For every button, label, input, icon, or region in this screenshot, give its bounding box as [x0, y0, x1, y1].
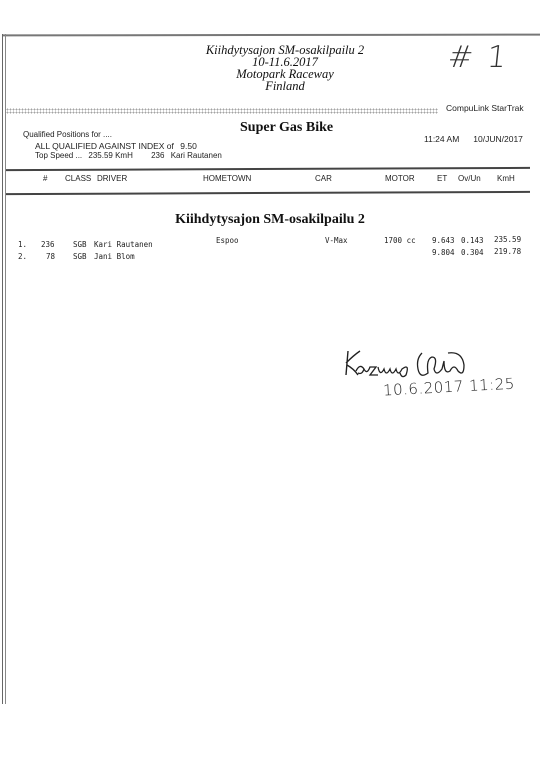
col-header-kmh: KmH	[497, 174, 515, 183]
software-brand: CompuLink StarTrak	[446, 103, 524, 113]
index-line: ALL QUALIFIED AGAINST INDEX of 9.50	[23, 141, 222, 152]
index-value: 9.50	[180, 141, 197, 151]
col-header-number: #	[43, 174, 47, 183]
event-country: Finland	[150, 80, 420, 92]
result-et: 9.804	[432, 248, 455, 257]
col-header-car: CAR	[315, 174, 332, 183]
report-time: 11:24 AM	[424, 134, 459, 144]
top-speed-number: 236	[151, 151, 164, 160]
header-rule-top	[6, 167, 530, 171]
result-kmh: 219.78	[494, 247, 521, 256]
index-label: ALL QUALIFIED AGAINST INDEX of	[35, 141, 174, 151]
col-header-class: CLASS	[65, 174, 91, 183]
col-header-ov-un: Ov/Un	[458, 174, 481, 183]
handwritten-page-mark: #1	[446, 40, 522, 75]
top-speed-line: Top Speed ... 235.59 KmH 236 Kari Rautan…	[23, 151, 222, 162]
result-driver: Jani Blom	[94, 252, 135, 261]
header-rule-bottom	[6, 191, 530, 195]
event-header: Kiihdytysajon SM-osakilpailu 2 10-11.6.2…	[150, 44, 420, 92]
qualification-info: Qualified Positions for .... ALL QUALIFI…	[23, 130, 222, 162]
col-header-driver: DRIVER	[97, 174, 127, 183]
top-speed-driver: Kari Rautanen	[171, 151, 222, 160]
result-ov-un: 0.143	[461, 236, 484, 245]
col-header-et: ET	[437, 174, 447, 183]
result-position: 1.	[18, 240, 27, 249]
col-header-motor: MOTOR	[385, 174, 415, 183]
section-title: Kiihdytysajon SM-osakilpailu 2	[0, 212, 540, 228]
dotted-separator	[6, 108, 438, 114]
top-speed-value: 235.59	[88, 151, 112, 160]
page-border-left	[2, 34, 6, 704]
page-border-top	[2, 34, 540, 37]
result-car: V-Max	[325, 236, 348, 245]
result-et: 9.643	[432, 236, 455, 245]
result-number: 236	[41, 240, 55, 249]
result-driver: Kari Rautanen	[94, 240, 153, 249]
result-motor: 1700 cc	[384, 236, 416, 245]
result-kmh: 235.59	[494, 235, 521, 244]
result-class: SGB	[73, 252, 87, 261]
class-title: Super Gas Bike	[240, 120, 333, 136]
report-date: 10/JUN/2017	[473, 134, 523, 144]
report-timestamp: 11:24 AM10/JUN/2017	[424, 134, 523, 144]
result-ov-un: 0.304	[461, 248, 484, 257]
qualified-positions-label: Qualified Positions for ....	[23, 130, 222, 141]
result-position: 2.	[18, 252, 27, 261]
results-list: 1. 236 SGB Kari Rautanen Espoo V-Max 170…	[0, 236, 540, 262]
result-class: SGB	[73, 240, 87, 249]
result-hometown: Espoo	[216, 236, 239, 245]
top-speed-label: Top Speed ...	[35, 151, 82, 160]
col-header-hometown: HOMETOWN	[203, 174, 251, 183]
top-speed-unit: KmH	[115, 151, 133, 160]
result-number: 78	[46, 252, 55, 261]
